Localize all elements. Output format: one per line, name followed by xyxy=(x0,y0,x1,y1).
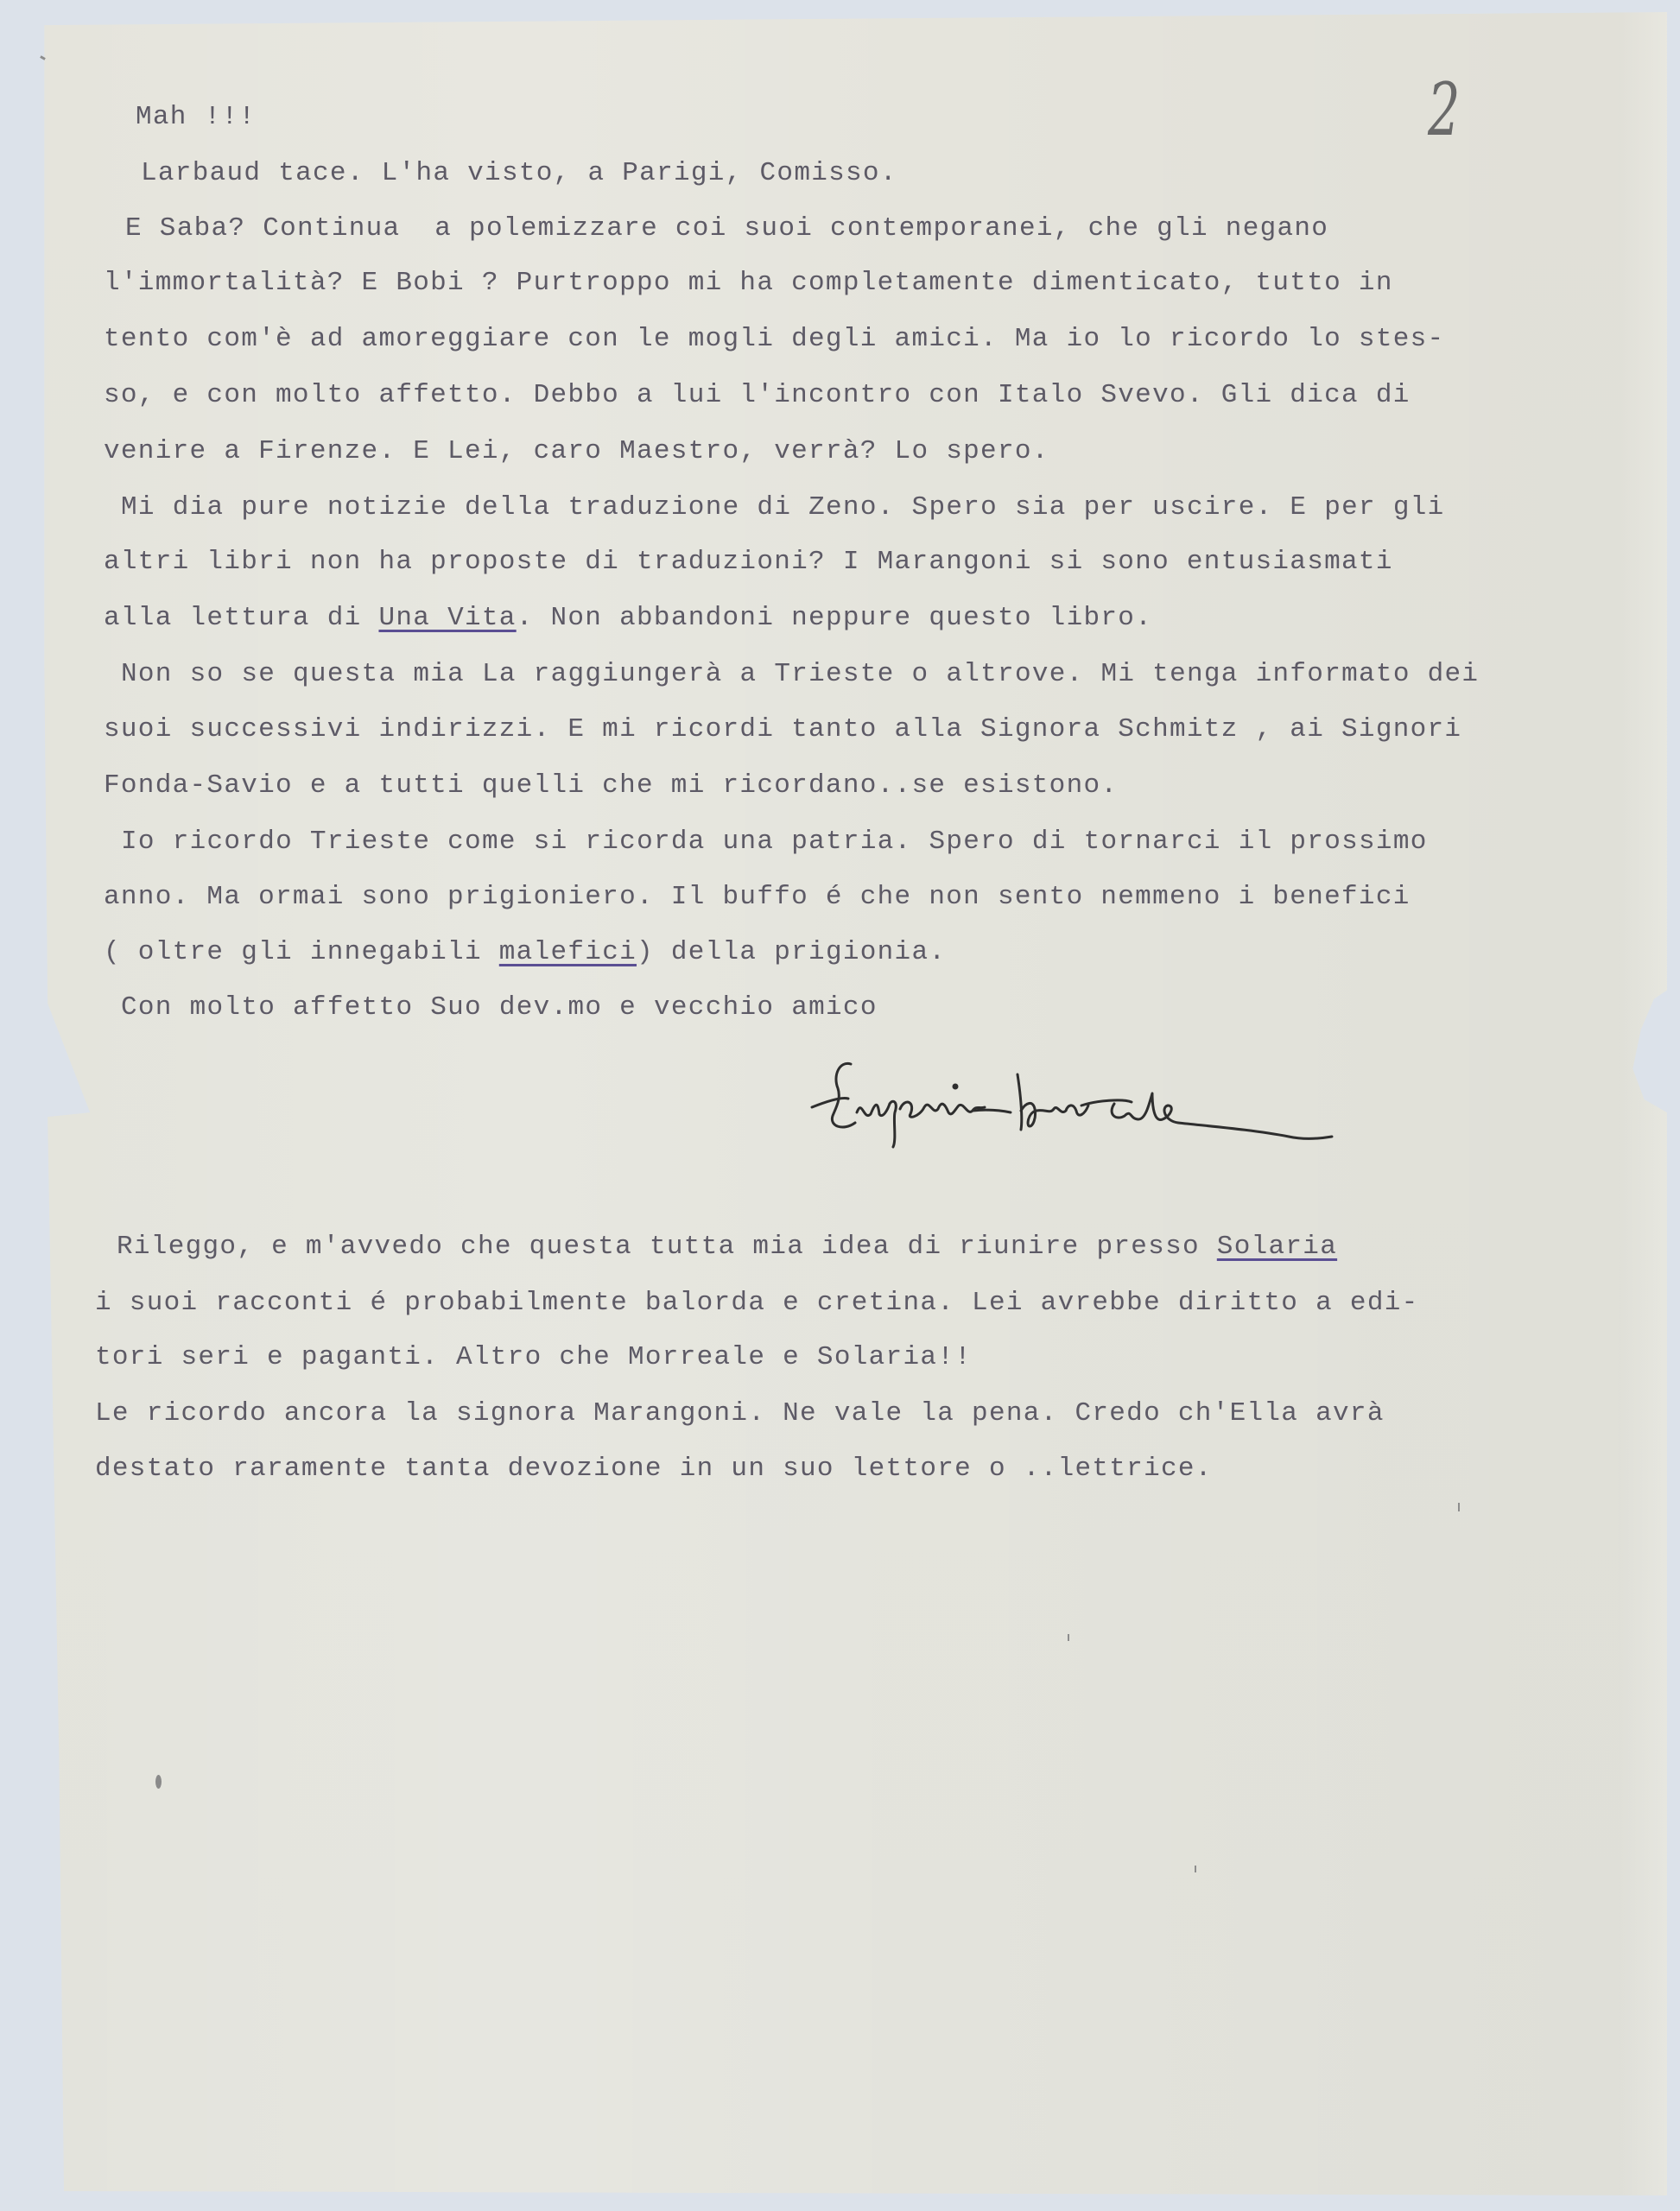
paper-mark xyxy=(1195,1866,1196,1872)
letter-line: Fonda-Savio e a tutti quelli che mi rico… xyxy=(104,769,1118,803)
letter-line: Non so se questa mia La raggiungerà a Tr… xyxy=(121,657,1479,692)
page-number: 2 xyxy=(1428,67,1460,152)
text-segment: . Non abbandoni neppure questo libro. xyxy=(517,603,1152,633)
postscript-line: destato raramente tanta devozione in un … xyxy=(95,1452,1213,1486)
paper-mark xyxy=(1068,1634,1069,1641)
book-title-una-vita: Una Vita xyxy=(378,603,516,633)
letter-line: Io ricordo Trieste come si ricorda una p… xyxy=(121,825,1428,859)
paper-mark xyxy=(1458,1503,1460,1511)
letter-line: altri libri non ha proposte di traduzion… xyxy=(104,545,1393,580)
paper-stain xyxy=(155,1775,162,1789)
text-segment: alla lettura di xyxy=(104,603,378,633)
letter-line: l'immortalità? E Bobi ? Purtroppo mi ha … xyxy=(104,266,1393,301)
text-segment: Rileggo, e m'avvedo che questa tutta mia… xyxy=(117,1232,1217,1262)
postscript-line: Rileggo, e m'avvedo che questa tutta mia… xyxy=(117,1230,1337,1264)
letter-line: tento com'è ad amoreggiare con le mogli … xyxy=(104,322,1444,357)
postscript-line: Le ricordo ancora la signora Marangoni. … xyxy=(95,1397,1385,1431)
letter-line: alla lettura di Una Vita. Non abbandoni … xyxy=(104,601,1152,636)
text-segment: ( oltre gli innegabili xyxy=(104,937,499,967)
postscript-line: tori seri e paganti. Altro che Morreale … xyxy=(95,1340,972,1375)
journal-title-solaria: Solaria xyxy=(1217,1232,1337,1262)
letter-line: anno. Ma ormai sono prigioniero. Il buff… xyxy=(104,880,1411,915)
letter-line: suoi successivi indirizzi. E mi ricordi … xyxy=(104,713,1461,747)
letter-line: Mah !!! xyxy=(136,100,256,135)
letter-line: Larbaud tace. L'ha visto, a Parigi, Comi… xyxy=(141,156,897,191)
letter-line: so, e con molto affetto. Debbo a lui l'i… xyxy=(104,378,1411,413)
text-segment: ) della prigionia. xyxy=(637,937,946,967)
handwritten-signature: Eugenio Montale xyxy=(803,1036,1356,1166)
letter-line: venire a Firenze. E Lei, caro Maestro, v… xyxy=(104,434,1049,469)
letter-line: ( oltre gli innegabili malefici) della p… xyxy=(104,935,946,970)
letter-line: Mi dia pure notizie della traduzione di … xyxy=(121,491,1445,525)
letter-line: E Saba? Continua a polemizzare coi suoi … xyxy=(125,212,1328,246)
letter-closing: Con molto affetto Suo dev.mo e vecchio a… xyxy=(121,991,878,1025)
underlined-malefici: malefici xyxy=(499,937,637,967)
postscript-line: i suoi racconti é probabilmente balorda … xyxy=(95,1286,1419,1321)
